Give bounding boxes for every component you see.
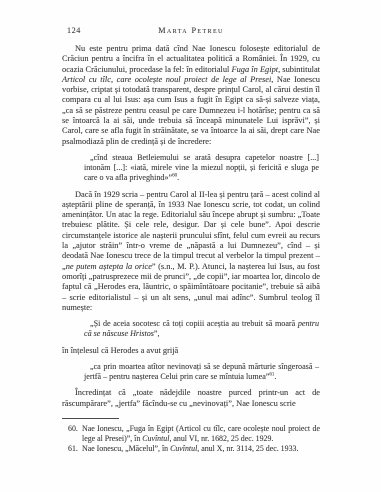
running-header: Marta Petreu: [62, 26, 320, 35]
paragraph-1: Nu este pentru prima dată cînd Nae Iones…: [62, 44, 320, 147]
footnotes: 60. Nae Ionescu, „Fuga în Egipt (Articol…: [62, 424, 320, 454]
block-quote-1: „cînd steaua Betleiemului se arată desup…: [84, 153, 319, 184]
footnote-60: 60. Nae Ionescu, „Fuga în Egipt (Articol…: [62, 424, 320, 444]
footnote-61: 61. Nae Ionescu, „Măcelul”, în Cuvîntul,…: [62, 444, 320, 454]
footnote-number: 61.: [68, 444, 82, 454]
block-quote-3: „ca prin moartea atîtor nevinovați să se…: [84, 362, 319, 382]
footnote-number: 60.: [68, 424, 82, 444]
paragraph-2: Dacă în 1929 scria – pentru Carol al II-…: [62, 190, 320, 314]
page-header: 124 Marta Petreu: [62, 26, 320, 37]
paragraph-3: Încredințat că „toate nădejdile noastre …: [62, 388, 320, 409]
page-content: 124 Marta Petreu Nu este pentru prima da…: [62, 26, 320, 454]
block-quote-2: „Și de aceia socotesc că toți copiii ace…: [84, 319, 319, 339]
paragraph-connector: în înțelesul că Herodes a avut grijă: [62, 346, 320, 356]
page-number: 124: [67, 26, 81, 35]
footnote-text: Nae Ionescu, „Fuga în Egipt (Articol cu …: [82, 424, 320, 444]
footnote-separator: [62, 418, 119, 419]
book-page: 124 Marta Petreu Nu este pentru prima da…: [0, 0, 381, 492]
footnote-text: Nae Ionescu, „Măcelul”, în Cuvîntul, anu…: [82, 444, 320, 454]
